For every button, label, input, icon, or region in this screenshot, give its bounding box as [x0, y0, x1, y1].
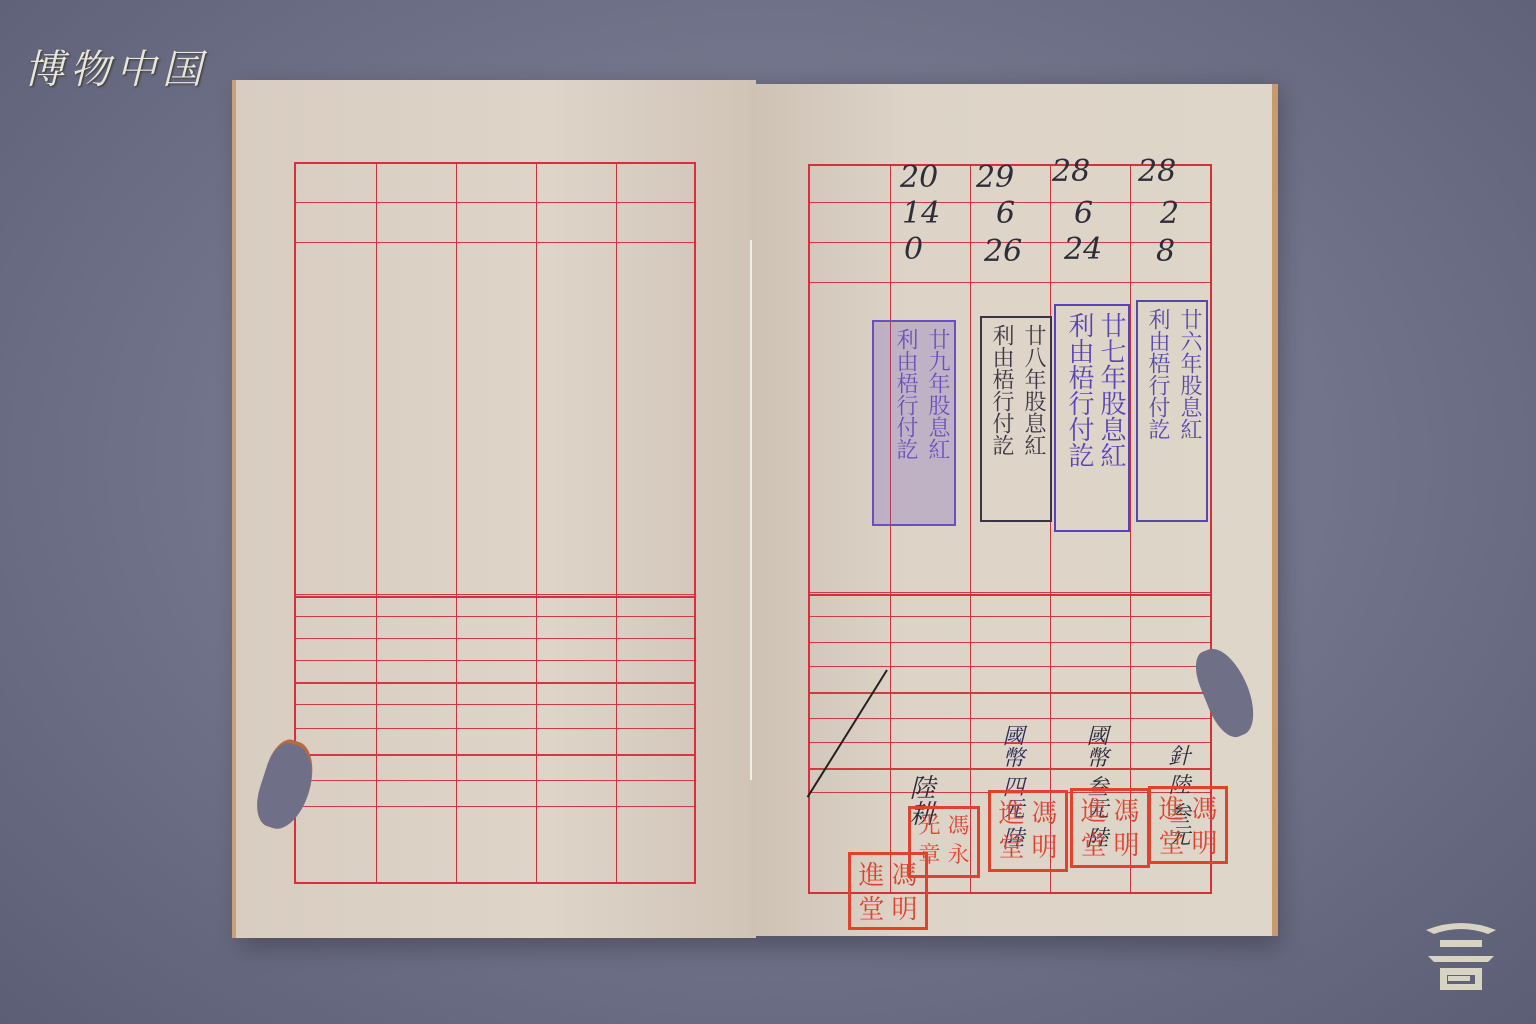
right-page: 20 29 28 28 14 6 6 2 0 26 24 8 廿九年股息紅 利由…: [752, 84, 1278, 936]
hw-r1-c4: 28: [1138, 154, 1176, 189]
hw-r3-c1: 0: [904, 232, 923, 267]
hw-r3-c2: 26: [984, 234, 1022, 269]
dividend-stamp-1: 廿九年股息紅 利由梧行付訖: [872, 320, 956, 526]
hw-r1-c2: 29: [976, 160, 1014, 195]
hw-r2-c3: 6: [1074, 196, 1093, 231]
hw-r1-c1: 20: [900, 160, 938, 195]
seal-feng-mingjin-3: 馮進 明堂: [1148, 786, 1228, 864]
seal-feng-mingjin-2: 馮進 明堂: [1070, 788, 1150, 868]
dividend-stamp-2: 廿八年股息紅 利由梧行付訖: [980, 316, 1052, 522]
left-ledger-grid-bottom: [294, 594, 696, 884]
hw-r2-c4: 2: [1160, 196, 1179, 231]
hw-r3-c3: 24: [1064, 232, 1102, 267]
pavilion-logo-icon: [1418, 912, 1504, 998]
hw-r3-c4: 8: [1156, 234, 1175, 269]
dividend-stamp-3: 廿七年股息紅 利由梧行付訖: [1054, 304, 1130, 532]
hw-r2-c1: 14: [902, 196, 940, 231]
seal-feng-mingjin-4: 馮進 明堂: [848, 852, 928, 930]
dividend-stamp-4: 廿六年股息紅 利由梧行付訖: [1136, 300, 1208, 522]
seal-feng-mingjin-1: 馮進 明堂: [988, 790, 1068, 872]
hw-r2-c2: 6: [996, 196, 1015, 231]
hw-r1-c3: 28: [1052, 154, 1090, 189]
watermark: 博物中国: [24, 38, 208, 95]
left-ledger-grid-top: [294, 162, 696, 598]
left-page: [232, 80, 756, 938]
